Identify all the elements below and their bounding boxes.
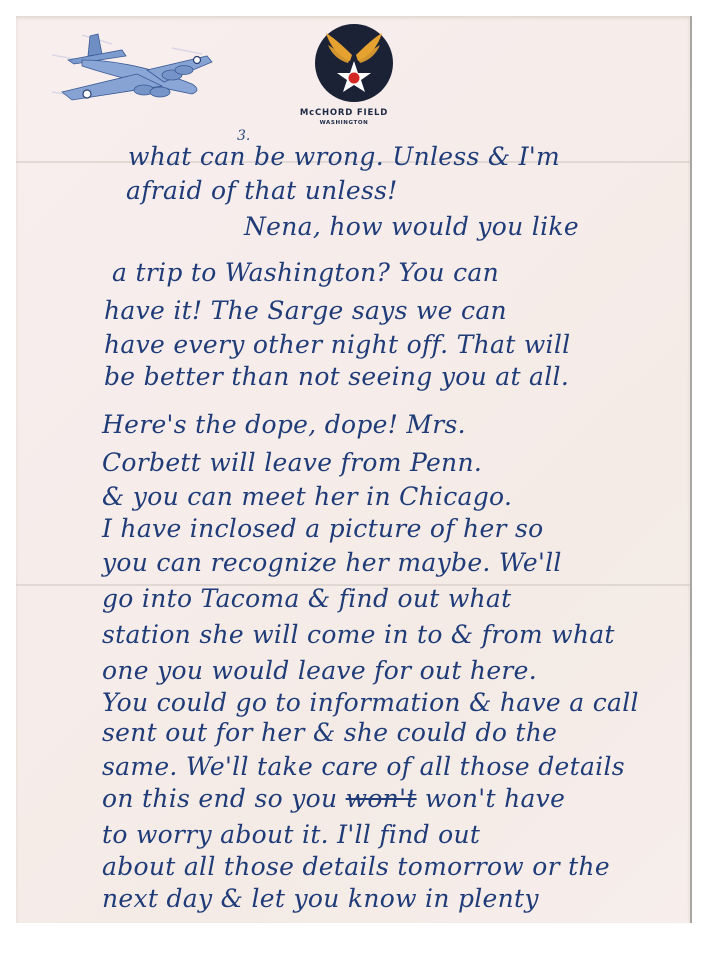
letter-line: about all those details tomorrow or the <box>102 852 610 881</box>
letter-line: I have inclosed a picture of her so <box>102 514 544 543</box>
letter-line: & you can meet her in Chicago. <box>102 482 512 511</box>
letter-line: Nena, how would you like <box>244 212 579 241</box>
letter-line: what can be wrong. Unless & I'm <box>128 142 560 171</box>
letterhead-title: McCHORD FIELD <box>269 108 419 118</box>
letter-line: station she will come in to & from what <box>102 620 615 649</box>
letter-line: you can recognize her maybe. We'll <box>102 548 562 577</box>
letter-line-text: won't have <box>425 784 565 813</box>
letter-line: be better than not seeing you at all. <box>104 362 569 391</box>
letter-line: to worry about it. I'll find out <box>102 820 480 849</box>
letter-line: sent out for her & she could do the <box>102 718 557 747</box>
letter-line: next day & let you know in plenty <box>102 884 539 913</box>
letter-line: Here's the dope, dope! Mrs. <box>102 410 466 439</box>
letter-line: a trip to Washington? You can <box>112 258 499 287</box>
b17-bomber-icon <box>52 30 222 115</box>
letter-line: same. We'll take care of all those detai… <box>102 752 625 781</box>
army-air-corps-wings-star-icon <box>314 23 394 103</box>
letter-line: You could go to information & have a cal… <box>102 688 639 717</box>
letter-line: afraid of that unless! <box>126 176 398 205</box>
letter-line: one you would leave for out here. <box>102 656 537 685</box>
letter-line: Corbett will leave from Penn. <box>102 448 482 477</box>
letter-line-text: on this end so you <box>102 784 337 813</box>
letter-line: have it! The Sarge says we can <box>104 296 507 325</box>
letterhead-subtitle: WASHINGTON <box>269 120 419 126</box>
letter-line: on this end so you won't won't have <box>102 784 565 813</box>
letter-line: go into Tacoma & find out what <box>102 584 512 613</box>
letter-line: have every other night off. That will <box>104 330 570 359</box>
struck-word: won't <box>346 784 417 813</box>
